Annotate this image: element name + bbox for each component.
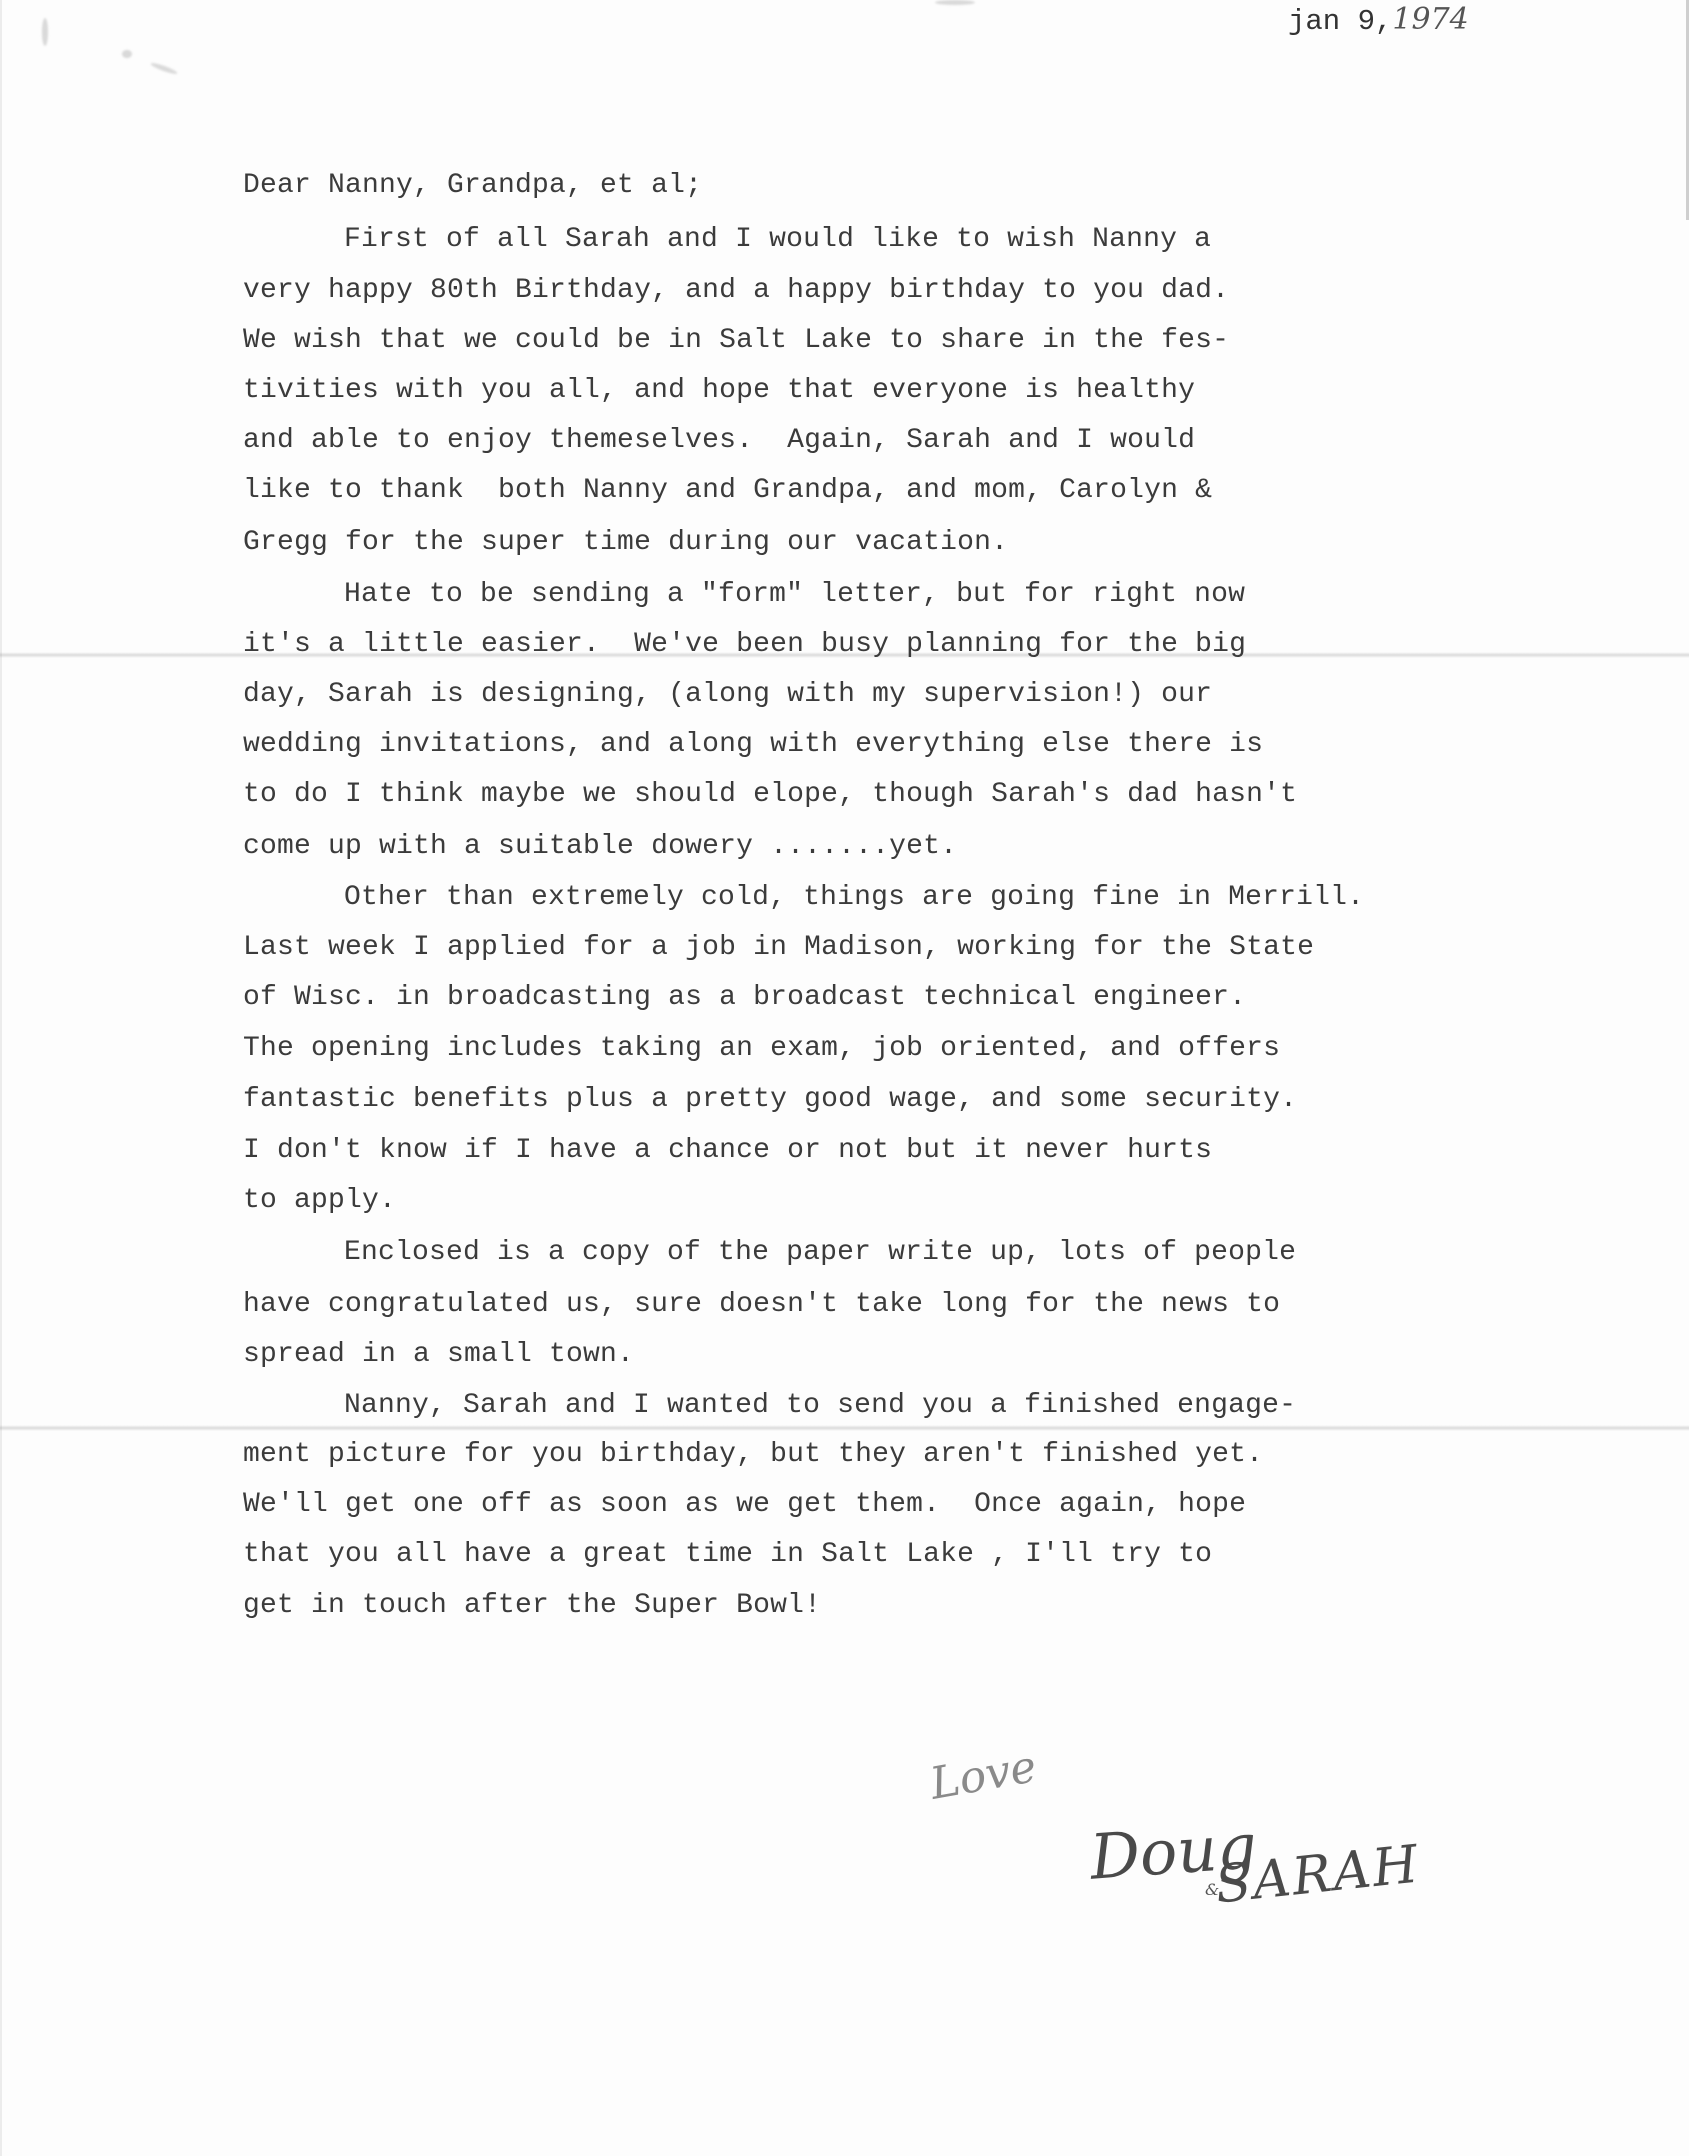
paragraph-first-line: First of all Sarah and I would like to w…	[344, 222, 1211, 258]
text-line: very happy 80th Birthday, and a happy bi…	[243, 273, 1229, 309]
paragraph-first-line: Hate to be sending a "form" letter, but …	[344, 577, 1245, 613]
smudge-mark	[42, 18, 48, 46]
signature-closing: Love	[926, 1741, 1040, 1810]
text-line: to do I think maybe we should elope, tho…	[243, 777, 1297, 813]
date-handwritten-year: 1974	[1392, 2, 1468, 37]
paragraph-first-line: Nanny, Sarah and I wanted to send you a …	[344, 1388, 1296, 1424]
text-line: come up with a suitable dowery .......ye…	[243, 829, 957, 865]
paragraph-first-line: Enclosed is a copy of the paper write up…	[344, 1235, 1296, 1271]
text-line: tivities with you all, and hope that eve…	[243, 373, 1195, 409]
letter-page: jan 9,1974 Dear Nanny, Grandpa, et al;Fi…	[0, 0, 1689, 2156]
text-line: it's a little easier. We've been busy pl…	[243, 627, 1246, 663]
text-line: We'll get one off as soon as we get them…	[243, 1487, 1246, 1523]
text-line: I don't know if I have a chance or not b…	[243, 1133, 1212, 1169]
text-line: like to thank both Nanny and Grandpa, an…	[243, 473, 1212, 509]
text-line: We wish that we could be in Salt Lake to…	[243, 323, 1229, 359]
text-line: get in touch after the Super Bowl!	[243, 1588, 821, 1624]
text-line: have congratulated us, sure doesn't take…	[243, 1287, 1280, 1323]
text-line: ment picture for you birthday, but they …	[243, 1437, 1263, 1473]
text-line: and able to enjoy themeselves. Again, Sa…	[243, 423, 1195, 459]
text-line: Gregg for the super time during our vaca…	[243, 525, 1008, 561]
smudge-mark	[150, 61, 178, 75]
paragraph-first-line: Other than extremely cold, things are go…	[344, 880, 1364, 916]
text-line: The opening includes taking an exam, job…	[243, 1031, 1280, 1067]
text-line: Dear Nanny, Grandpa, et al;	[243, 168, 702, 204]
text-line: to apply.	[243, 1183, 396, 1219]
text-line: wedding invitations, and along with ever…	[243, 727, 1263, 763]
text-line: that you all have a great time in Salt L…	[243, 1537, 1212, 1573]
text-line: spread in a small town.	[243, 1337, 634, 1373]
text-line: Last week I applied for a job in Madison…	[243, 930, 1314, 966]
text-line: fantastic benefits plus a pretty good wa…	[243, 1082, 1297, 1118]
smudge-mark	[122, 50, 132, 58]
smudge-mark	[935, 0, 975, 5]
text-line: day, Sarah is designing, (along with my …	[243, 677, 1212, 713]
letter-date: jan 9,1974	[1288, 2, 1469, 38]
scan-edge-left	[0, 0, 2, 2156]
text-line: of Wisc. in broadcasting as a broadcast …	[243, 980, 1246, 1016]
fold-crease-lower	[0, 1425, 1689, 1431]
date-typed: jan 9,	[1288, 5, 1392, 38]
